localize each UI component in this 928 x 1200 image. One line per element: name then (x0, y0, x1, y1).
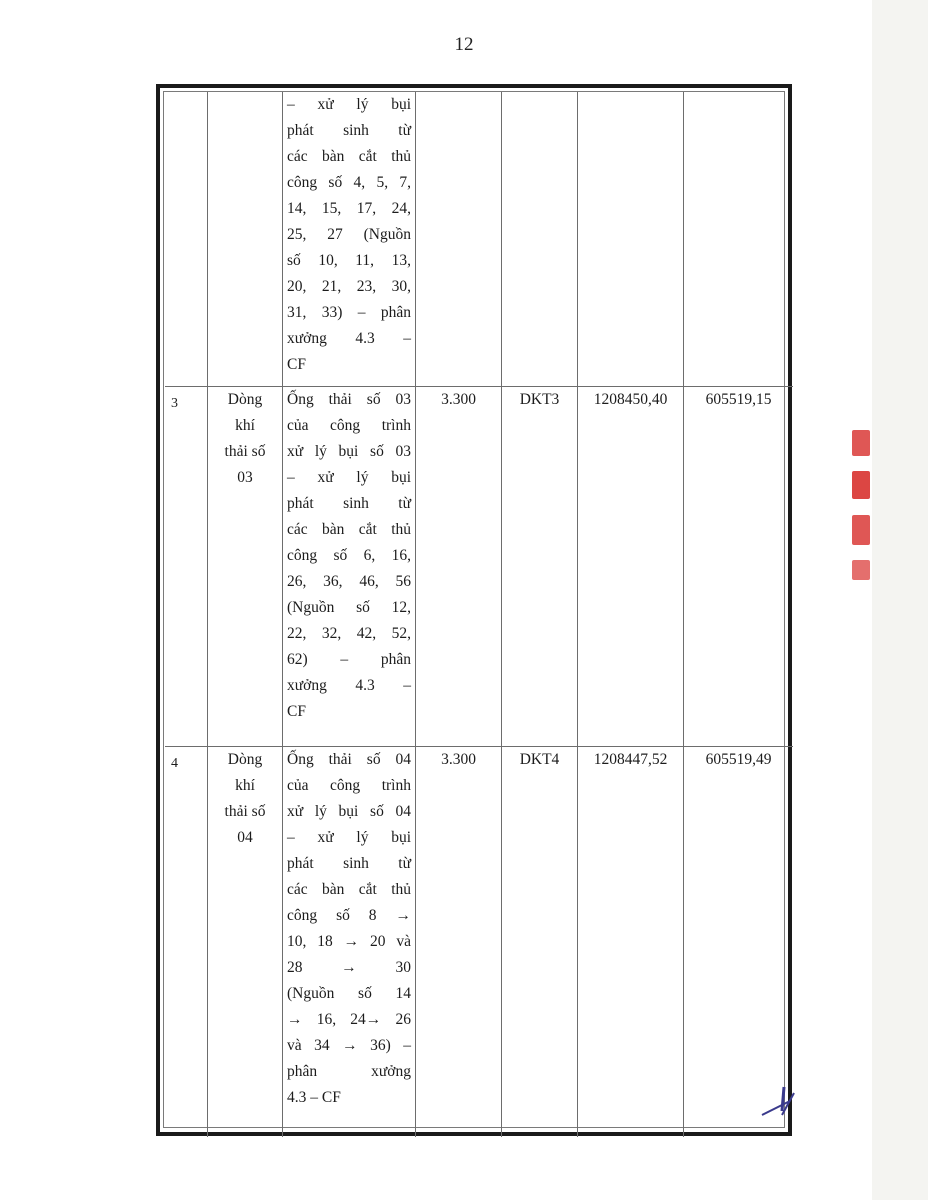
cell-number (165, 92, 208, 387)
cell-flow-rate (416, 92, 502, 387)
description-line: – xử lý bụi (287, 465, 411, 491)
description-line: Ống thải số 04 (287, 747, 411, 773)
scan-margin (872, 0, 928, 1200)
description-line: 62) – phân (287, 647, 411, 673)
description-line: phát sinh từ (287, 851, 411, 877)
source-name-line: 03 (212, 465, 278, 491)
description-line: 26, 36, 46, 56 (287, 569, 411, 595)
description-line: xưởng 4.3 – (287, 673, 411, 699)
cell-flow-rate: 3.300 (416, 387, 502, 747)
description-line: 10, 18 → 20 và (287, 929, 411, 955)
description-line: 28 → 30 (287, 955, 411, 981)
cell-source-name: Dòngkhíthải số04 (208, 747, 283, 1138)
description-line: các bàn cắt thủ (287, 144, 411, 170)
page-number: 12 (0, 34, 928, 56)
description-line: 22, 32, 42, 52, (287, 621, 411, 647)
description-line: Ống thải số 03 (287, 387, 411, 413)
description-line: CF (287, 699, 411, 725)
emission-sources-table: – xử lý bụiphát sinh từcác bàn cắt thủcô… (165, 92, 793, 1137)
description-line: của công trình (287, 413, 411, 439)
description-line: và 34 → 36) – (287, 1033, 411, 1059)
signature-initial-icon (760, 1085, 796, 1119)
cell-flow-rate: 3.300 (416, 747, 502, 1138)
source-name-line: thải số (212, 799, 278, 825)
description-line: (Nguồn số 12, (287, 595, 411, 621)
cell-code: DKT3 (502, 387, 578, 747)
stamp-mark (852, 430, 870, 456)
table-row: 4Dòngkhíthải số04Ống thải số 04của công … (165, 747, 793, 1138)
description-line: công số 6, 16, (287, 543, 411, 569)
source-name-line: khí (212, 413, 278, 439)
description-line: 4.3 – CF (287, 1085, 411, 1111)
cell-source-name (208, 92, 283, 387)
description-line: phân xưởng (287, 1059, 411, 1085)
description-line: công số 4, 5, 7, (287, 170, 411, 196)
cell-description: – xử lý bụiphát sinh từcác bàn cắt thủcô… (283, 92, 416, 387)
cell-x-coordinate (578, 92, 684, 387)
description-line: – xử lý bụi (287, 92, 411, 118)
stamp-mark (852, 560, 870, 580)
cell-y-coordinate: 605519,49 (684, 747, 794, 1138)
cell-source-name: Dòngkhíthải số03 (208, 387, 283, 747)
source-name-line: Dòng (212, 747, 278, 773)
table-row: – xử lý bụiphát sinh từcác bàn cắt thủcô… (165, 92, 793, 387)
cell-x-coordinate: 1208450,40 (578, 387, 684, 747)
cell-y-coordinate (684, 92, 794, 387)
cell-description: Ống thải số 03của công trìnhxử lý bụi số… (283, 387, 416, 747)
red-seal-stamp (851, 430, 871, 580)
source-name-line: khí (212, 773, 278, 799)
description-line: công số 8 → (287, 903, 411, 929)
description-line: → 16, 24→ 26 (287, 1007, 411, 1033)
description-line: các bàn cắt thủ (287, 877, 411, 903)
description-line: 25, 27 (Nguồn (287, 222, 411, 248)
description-line: xử lý bụi số 03 (287, 439, 411, 465)
source-name-line: Dòng (212, 387, 278, 413)
source-name-line: 04 (212, 825, 278, 851)
cell-x-coordinate: 1208447,52 (578, 747, 684, 1138)
cell-number: 4 (165, 747, 208, 1138)
source-name-line: thải số (212, 439, 278, 465)
stamp-mark (852, 515, 870, 545)
description-line: 14, 15, 17, 24, (287, 196, 411, 222)
description-line: các bàn cắt thủ (287, 517, 411, 543)
table-row: 3Dòngkhíthải số03Ống thải số 03của công … (165, 387, 793, 747)
cell-number: 3 (165, 387, 208, 747)
description-line: 20, 21, 23, 30, (287, 274, 411, 300)
description-line: (Nguồn số 14 (287, 981, 411, 1007)
description-line: xử lý bụi số 04 (287, 799, 411, 825)
description-line: xưởng 4.3 – (287, 326, 411, 352)
cell-y-coordinate: 605519,15 (684, 387, 794, 747)
cell-description: Ống thải số 04của công trìnhxử lý bụi số… (283, 747, 416, 1138)
description-line: – xử lý bụi (287, 825, 411, 851)
description-line: phát sinh từ (287, 491, 411, 517)
description-line: CF (287, 352, 411, 378)
description-line: phát sinh từ (287, 118, 411, 144)
description-line: 31, 33) – phân (287, 300, 411, 326)
stamp-mark (852, 471, 870, 499)
description-line: số 10, 11, 13, (287, 248, 411, 274)
cell-code: DKT4 (502, 747, 578, 1138)
cell-code (502, 92, 578, 387)
description-line: của công trình (287, 773, 411, 799)
